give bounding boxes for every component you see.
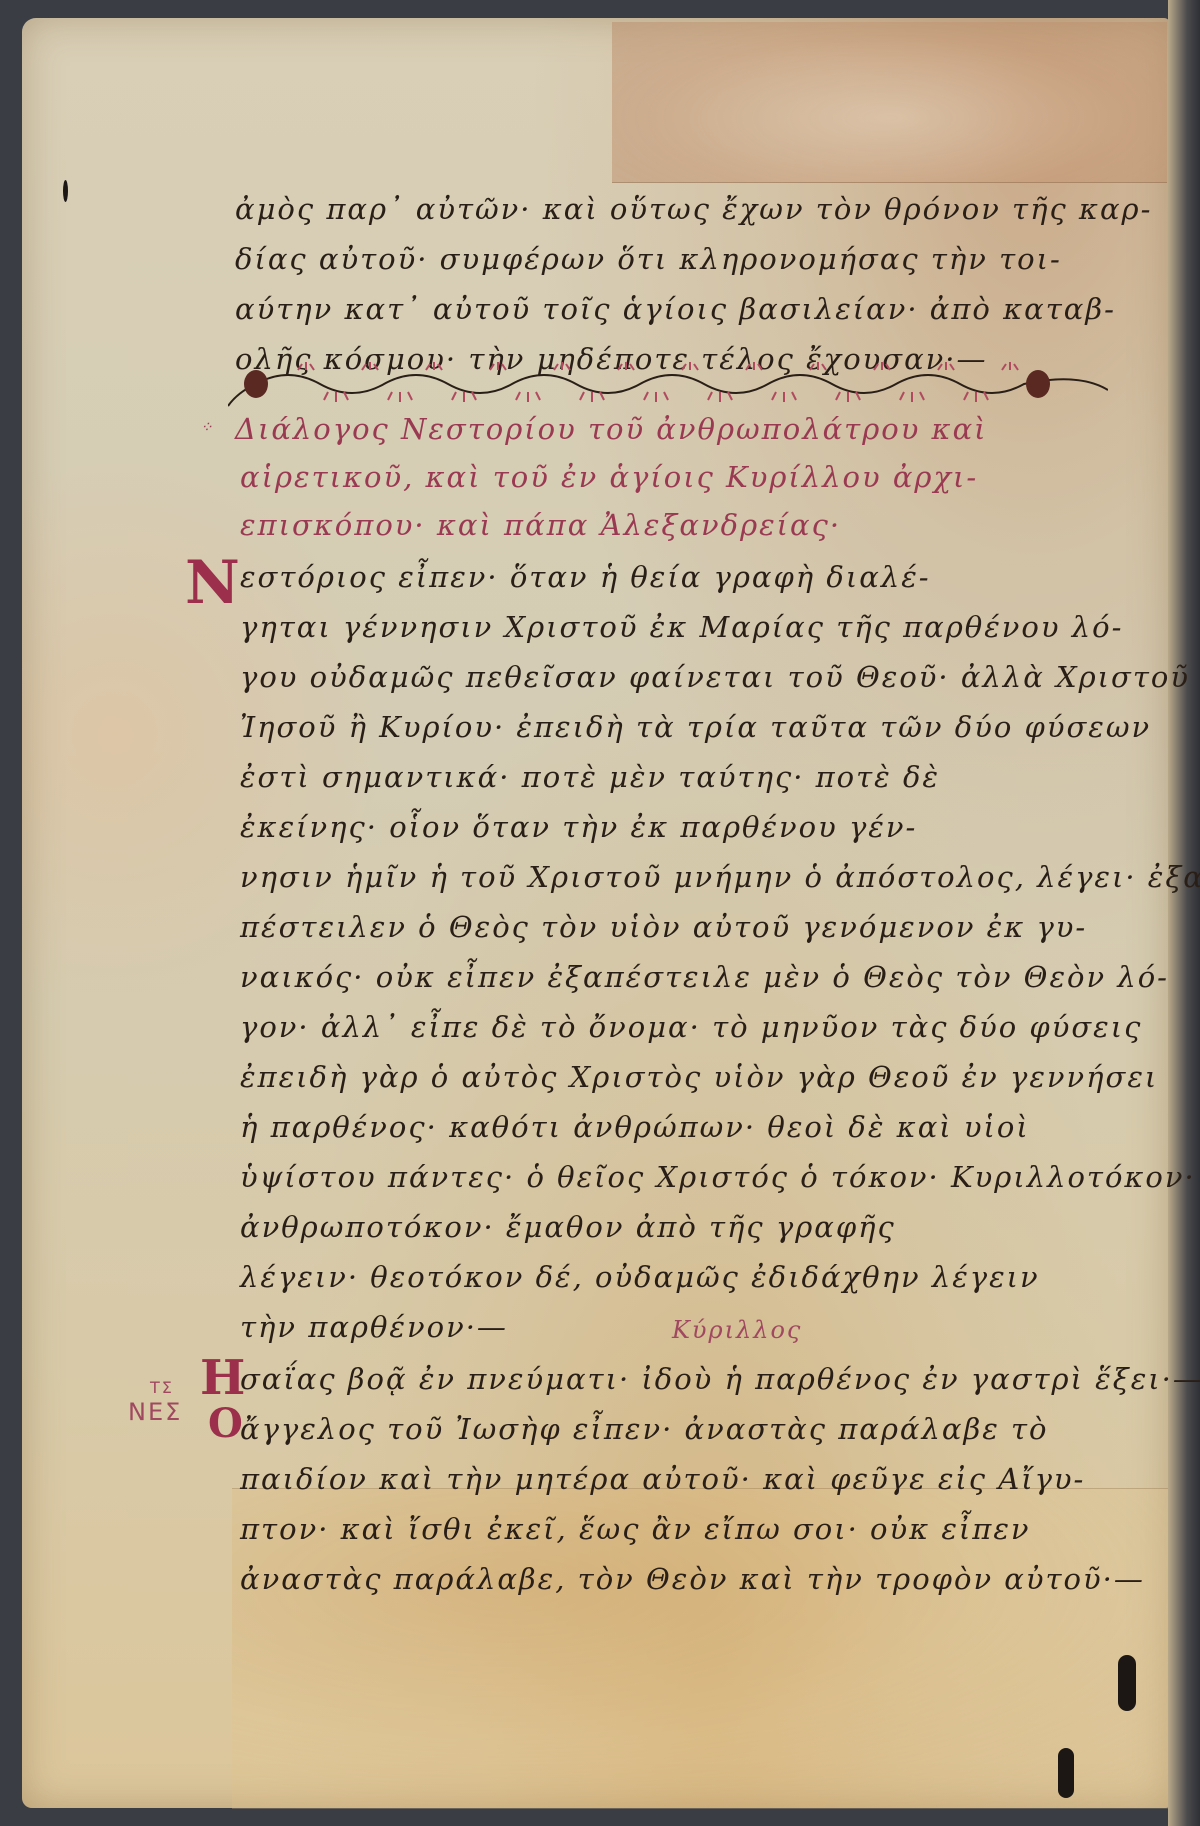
stain-repair-top bbox=[612, 22, 1167, 183]
margin-note-line2: ΝΕΣ bbox=[128, 1398, 182, 1426]
text-line: γηται γέννησιν Χριστοῦ ἐκ Μαρίας τῆς παρ… bbox=[240, 610, 1123, 644]
text-line: λέγειν· θεοτόκον δέ, οὐδαμῶς ἐδιδάχθην λ… bbox=[240, 1260, 1040, 1294]
ink-blot bbox=[1058, 1748, 1074, 1798]
initial-letter-n: N bbox=[185, 548, 240, 618]
margin-note-line1: ΤΣ bbox=[150, 1378, 174, 1397]
text-line: γου οὐδαμῶς πεθεῖσαν φαίνεται τοῦ Θεοῦ· … bbox=[240, 660, 1190, 694]
text-line: γον· ἀλλ᾽ εἶπε δὲ τὸ ὄνομα· τὸ μηνῦον τὰ… bbox=[240, 1010, 1142, 1044]
speaker-label-kyrillos: Κύριλλος bbox=[672, 1316, 802, 1344]
text-line: ἐκείνης· οἷον ὅταν τὴν ἐκ παρθένου γέν- bbox=[240, 810, 917, 844]
text-line: εστόριος εἶπεν· ὅταν ἡ θεία γραφὴ διαλέ- bbox=[240, 560, 931, 594]
text-line: τὴν παρθένον·— bbox=[240, 1310, 508, 1344]
heading-line: επισκόπου· καὶ πάπα Ἀλεξανδρείας· bbox=[240, 508, 841, 542]
initial-letter-o: O bbox=[208, 1400, 243, 1447]
text-line: πτον· καὶ ἴσθι ἐκεῖ, ἕως ἂν εἴπω σοι· οὐ… bbox=[240, 1512, 1031, 1546]
text-line: παιδίον καὶ τὴν μητέρα αὐτοῦ· καὶ φεῦγε … bbox=[240, 1462, 1085, 1496]
text-line: ἐστὶ σημαντικά· ποτὲ μὲν ταύτης· ποτὲ δὲ bbox=[240, 760, 940, 794]
text-line: αύτην κατ᾽ αὐτοῦ τοῖς ἁγίοις βασιλείαν· … bbox=[235, 292, 1116, 326]
headpiece-ornament bbox=[228, 362, 1108, 408]
ink-blot bbox=[1118, 1655, 1136, 1711]
heading-line: Διάλογος Νεστορίου τοῦ ἀνθρωπολάτρου καὶ bbox=[235, 412, 988, 446]
rubric-mark: ⁘ bbox=[200, 418, 215, 436]
text-line: νησιν ἡμῖν ἡ τοῦ Χριστοῦ μνήμην ὁ ἀπόστο… bbox=[240, 860, 1200, 894]
heading-line: αἱρετικοῦ, καὶ τοῦ ἐν ἁγίοις Κυρίλλου ἀρ… bbox=[240, 460, 978, 494]
text-line: ὑψίστου πάντες· ὁ θεῖος Χριστός ὁ τόκον·… bbox=[240, 1160, 1196, 1194]
initial-letter-h: H bbox=[200, 1350, 245, 1406]
text-line: πέστειλεν ὁ Θεὸς τὸν υἱὸν αὐτοῦ γενόμενο… bbox=[240, 910, 1087, 944]
text-line: δίας αὐτοῦ· συμφέρων ὅτι κληρονομήσας τὴ… bbox=[235, 242, 1062, 276]
binding-gutter bbox=[1168, 0, 1200, 1826]
text-line: ἄγγελος τοῦ Ἰωσὴφ εἶπεν· ἀναστὰς παράλαβ… bbox=[240, 1412, 1049, 1446]
text-line: ἀμὸς παρ᾽ αὐτῶν· καὶ οὕτως ἔχων τὸν θρόν… bbox=[235, 192, 1152, 226]
text-line: ἀνθρωποτόκον· ἔμαθον ἀπὸ τῆς γραφῆς bbox=[240, 1210, 896, 1244]
ink-mark bbox=[63, 180, 68, 202]
text-line: ναικός· οὐκ εἶπεν ἐξαπέστειλε μὲν ὁ Θεὸς… bbox=[240, 960, 1169, 994]
text-line: ἡ παρθένος· καθότι ἀνθρώπων· θεοὶ δὲ καὶ… bbox=[240, 1110, 1030, 1144]
text-line: σαΐας βοᾷ ἐν πνεύματι· ἰδοὺ ἡ παρθένος ἐ… bbox=[240, 1362, 1200, 1396]
text-line: ἀναστὰς παράλαβε, τὸν Θεὸν καὶ τὴν τροφὸ… bbox=[240, 1562, 1145, 1596]
text-line: ἐπειδὴ γὰρ ὁ αὐτὸς Χριστὸς υἱὸν γὰρ Θεοῦ… bbox=[240, 1060, 1158, 1094]
text-line: Ἰησοῦ ἢ Κυρίου· ἐπειδὴ τὰ τρία ταῦτα τῶν… bbox=[240, 710, 1151, 744]
